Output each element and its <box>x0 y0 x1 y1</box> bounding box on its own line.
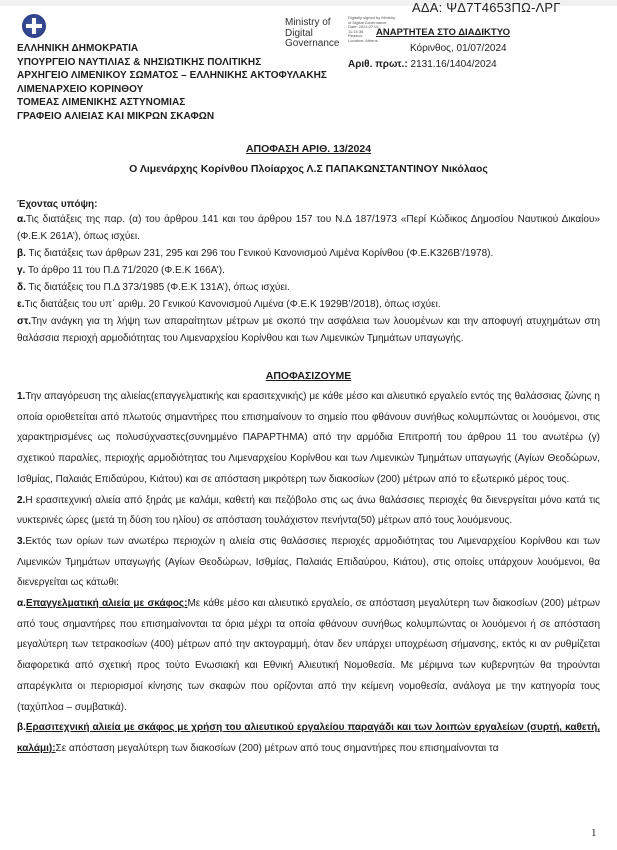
issuing-authority-block: ΕΛΛΗΝΙΚΗ ΔΗΜΟΚΡΑΤΙΑ ΥΠΟΥΡΓΕΙΟ ΝΑΥΤΙΛΙΑΣ … <box>17 42 327 124</box>
place-date: Κόρινθος, 01/07/2024 <box>410 43 608 54</box>
decision-title: ΑΠΟΦΑΣΗ ΑΡΙΘ. 13/2024 <box>0 143 617 155</box>
article-item: 2.Η ερασιτεχνική αλιεία από ξηράς με καλ… <box>17 491 600 532</box>
protocol-value: 2131.16/1404/2024 <box>411 59 497 70</box>
org-line: ΛΙΜΕΝΑΡΧΕΙΟ ΚΟΡΙΝΘΟΥ <box>17 83 327 97</box>
signer-line: Governance <box>285 39 339 50</box>
article-item: 1.Την απαγόρευση της αλιείας(επαγγελματι… <box>17 387 600 491</box>
org-line: ΓΡΑΦΕΙΟ ΑΛΙΕΙΑΣ ΚΑΙ ΜΙΚΡΩΝ ΣΚΑΦΩΝ <box>17 110 327 124</box>
org-line: ΑΡΧΗΓΕΙΟ ΛΙΜΕΝΙΚΟΥ ΣΩΜΑΤΟΣ – ΕΛΛΗΝΙΚΗΣ Α… <box>17 69 327 83</box>
org-line: ΕΛΛΗΝΙΚΗ ΔΗΜΟΚΡΑΤΙΑ <box>17 42 327 56</box>
document-stamp: ΑΝΑΡΤΗΤΕΑ ΣΤΟ ΔΙΑΔΙΚΤΥΟ Κόρινθος, 01/07/… <box>368 27 608 70</box>
consideration-item: ε.Τις διατάξεις του υπ΄ αριθμ. 20 Γενικο… <box>17 296 600 313</box>
considering-label: Έχοντας υπόψη: <box>17 199 97 210</box>
consideration-item: γ. Το άρθρο 11 του Π.Δ 71/2020 (Φ.Ε.Κ 16… <box>17 262 600 279</box>
protocol-number: Αριθ. πρωτ.: 2131.16/1404/2024 <box>348 59 608 70</box>
decision-articles: 1.Την απαγόρευση της αλιείας(επαγγελματι… <box>17 387 600 760</box>
hellenic-republic-emblem-icon <box>22 14 46 38</box>
considerations-list: α.Τις διατάξεις της παρ. (α) του άρθρου … <box>17 211 600 347</box>
decide-heading: ΑΠΟΦΑΣΙΖΟΥΜΕ <box>0 370 617 382</box>
subitem: α.Επαγγελματική αλιεία με σκάφος:Με κάθε… <box>17 594 600 718</box>
digital-signer: Ministry of Digital Governance <box>285 18 339 50</box>
article-item: 3.Εκτός των ορίων των ανωτέρω περιοχών η… <box>17 532 600 594</box>
protocol-label: Αριθ. πρωτ.: <box>348 59 408 70</box>
page-number: 1 <box>591 827 597 839</box>
consideration-item: δ. Τις διατάξεις του Π.Δ 373/1985 (Φ.Ε.Κ… <box>17 279 600 296</box>
consideration-item: β. Τις διατάξεις των άρθρων 231, 295 και… <box>17 245 600 262</box>
consideration-item: στ.Την ανάγκη για τη λήψη των απαραίτητω… <box>17 313 600 347</box>
org-line: ΥΠΟΥΡΓΕΙΟ ΝΑΥΤΙΛΙΑΣ & ΝΗΣΙΩΤΙΚΗΣ ΠΟΛΙΤΙΚ… <box>17 56 327 70</box>
signer-line: Ministry of <box>285 18 339 29</box>
post-online-label: ΑΝΑΡΤΗΤΕΑ ΣΤΟ ΔΙΑΔΙΚΤΥΟ <box>376 27 608 38</box>
ada-code: ΑΔΑ: ΨΔ7Τ4653ΠΩ-ΛΡΓ <box>412 0 561 15</box>
subitem-heading: Επαγγελματική αλιεία με σκάφος: <box>26 598 188 609</box>
subitem: β.Ερασιτεχνική αλιεία με σκάφος με χρήση… <box>17 718 600 759</box>
decision-issuer: Ο Λιμενάρχης Κορίνθου Πλοίαρχος Λ.Σ ΠΑΠΑ… <box>0 163 617 175</box>
consideration-item: α.Τις διατάξεις της παρ. (α) του άρθρου … <box>17 211 600 245</box>
org-line: ΤΟΜΕΑΣ ΛΙΜΕΝΙΚΗΣ ΑΣΤΥΝΟΜΙΑΣ <box>17 96 327 110</box>
